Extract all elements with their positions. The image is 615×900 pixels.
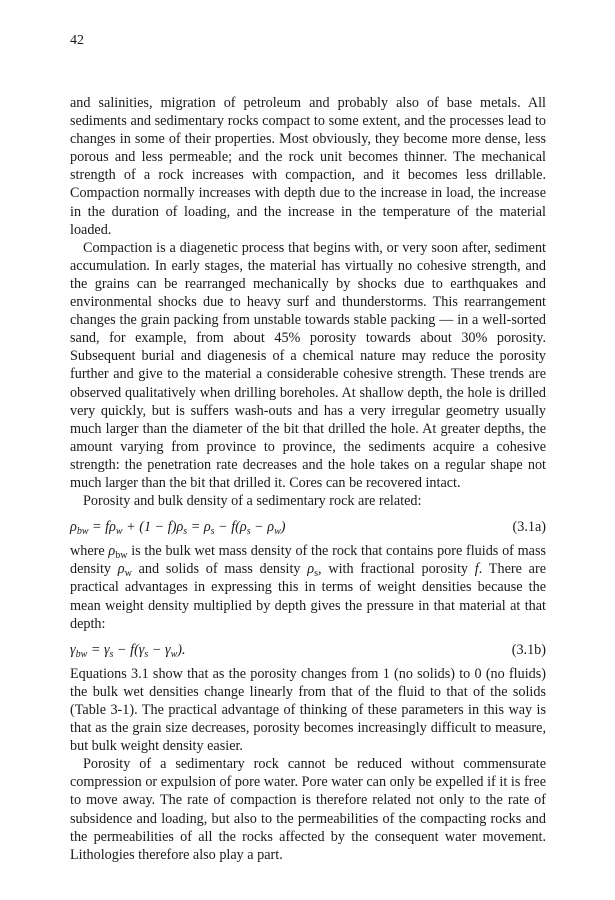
paragraph: and salinities, migration of petroleum a…: [70, 94, 546, 239]
equation-3-1a: ρbw = fρw + (1 − f)ρs = ρs − f(ρs − ρw) …: [70, 518, 546, 536]
paragraph: Equations 3.1 show that as the porosity …: [70, 665, 546, 755]
page-number: 42: [70, 32, 84, 50]
equation-3-1b: γbw = γs − f(γs − γw). (3.1b): [70, 641, 546, 659]
paragraph: Porosity of a sedimentary rock cannot be…: [70, 755, 546, 864]
paragraph: Compaction is a diagenetic process that …: [70, 239, 546, 492]
paragraph: Porosity and bulk density of a sedimenta…: [70, 492, 546, 510]
paragraph: where ρbw is the bulk wet mass density o…: [70, 542, 546, 632]
equation-number: (3.1a): [513, 518, 546, 536]
page-body: and salinities, migration of petroleum a…: [70, 94, 546, 864]
equation-number: (3.1b): [512, 641, 546, 659]
equation-expression: ρbw = fρw + (1 − f)ρs = ρs − f(ρs − ρw): [70, 518, 286, 536]
equation-expression: γbw = γs − f(γs − γw).: [70, 641, 186, 659]
